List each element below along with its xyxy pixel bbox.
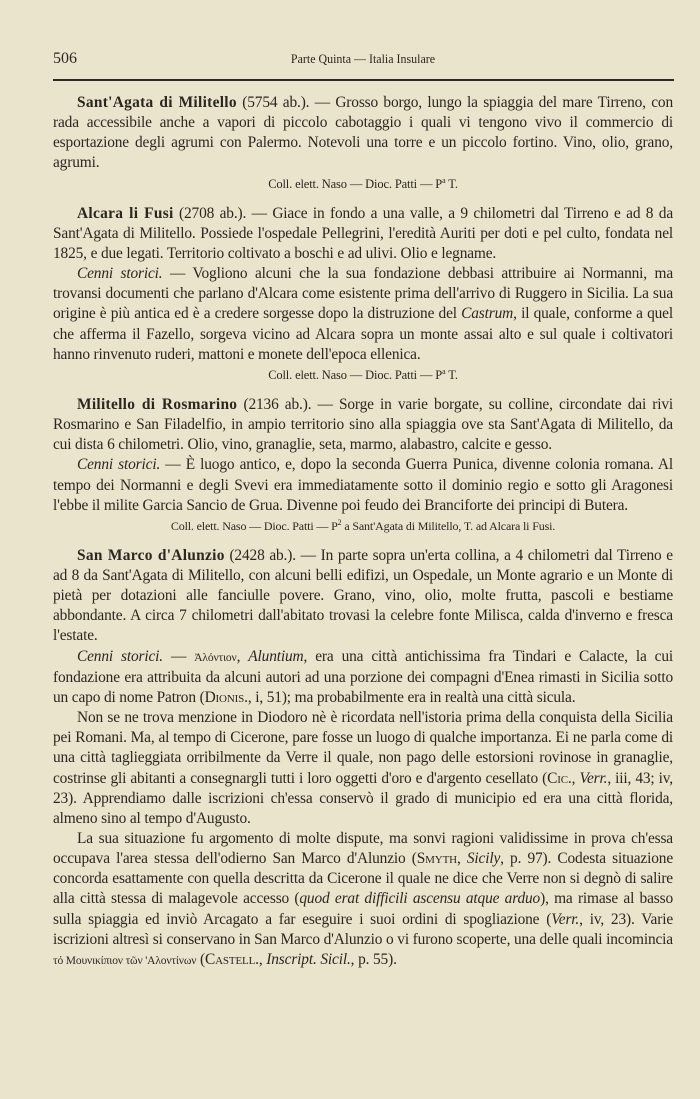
coll-text: a Sant'Agata di Militello, T. ad Alcara … [341, 519, 555, 533]
cenni-text: , i, 51); ma probabilmente era in realtà… [248, 689, 576, 706]
cenni-italic: Castrum [461, 305, 513, 322]
running-title: Parte Quinta — Italia Insulare [78, 51, 648, 67]
header-rule [53, 79, 674, 81]
body-text: Sant'Agata di Militello (5754 ab.). — Gr… [53, 93, 673, 971]
place-name: San Marco d'Alunzio [77, 547, 225, 564]
entry-paragraph: Sant'Agata di Militello (5754 ab.). — Gr… [53, 93, 673, 174]
location-paragraph: La sua situazione fu argomento di molte … [53, 829, 673, 971]
location-text: , p. 55). [351, 951, 397, 968]
entry-paragraph: Alcara li Fusi (2708 ab.). — Giace in fo… [53, 204, 673, 264]
cenni-italic: Aluntium [248, 648, 303, 665]
entry-paragraph: San Marco d'Alunzio (2428 ab.). — In par… [53, 546, 673, 647]
citation-work: Sicily [467, 850, 500, 867]
citation-author: Smyth [417, 850, 457, 867]
entry-paragraph: Militello di Rosmarino (2136 ab.). — Sor… [53, 395, 673, 455]
latin-quote: quod erat difficili ascensu atque arduo [299, 890, 540, 907]
separator: , [457, 850, 467, 867]
greek-text: τό Μουνικίπιον τῶν 'Αλοντίνων [53, 955, 196, 967]
cenni-storici-paragraph: Cenni storici. — Ἀλόντιον, Aluntium, era… [53, 647, 673, 708]
collegio-line: Coll. elett. Naso — Dioc. Patti — P2 a S… [53, 517, 673, 535]
entry-militello-di-rosmarino: Militello di Rosmarino (2136 ab.). — Sor… [53, 395, 673, 535]
cenni-label: Cenni storici. [77, 456, 160, 473]
cenni-text: — [163, 648, 194, 665]
cenni-storici-paragraph: Cenni storici. — È luogo antico, e, dopo… [53, 455, 673, 515]
collegio-line: Coll. elett. Naso — Dioc. Patti — Pa T. [53, 366, 673, 384]
population: (2708 ab.). [179, 205, 246, 222]
history-paragraph: Non se ne trova menzione in Diodoro nè è… [53, 708, 673, 829]
citation-work: Verr. [579, 770, 607, 787]
collegio-line: Coll. elett. Naso — Dioc. Patti — Pa T. [53, 175, 673, 193]
coll-text: Coll. elett. Naso — Dioc. Patti — P [268, 368, 442, 382]
citation-work: Inscript. Sicil. [266, 951, 350, 968]
entry-alcara-li-fusi: Alcara li Fusi (2708 ab.). — Giace in fo… [53, 204, 673, 384]
greek-text: Ἀλόντιον [194, 652, 236, 664]
coll-text: T. [446, 368, 458, 382]
citation-work: Verr. [551, 911, 579, 928]
coll-text: Coll. elett. Naso — Dioc. Patti — P [171, 519, 338, 533]
citation-author: Cic. [547, 770, 572, 787]
population: (2136 ab.). [243, 396, 311, 413]
place-name: Militello di Rosmarino [77, 396, 237, 413]
running-head: 506 Parte Quinta — Italia Insulare [53, 50, 673, 70]
entry-san-marco-d-alunzio: San Marco d'Alunzio (2428 ab.). — In par… [53, 546, 673, 971]
population: (2428 ab.). [229, 547, 295, 564]
coll-text: Coll. elett. Naso — Dioc. Patti — P [268, 177, 442, 191]
population: (5754 ab.). [242, 94, 309, 111]
cenni-label: Cenni storici. [77, 648, 163, 665]
place-name: Alcara li Fusi [77, 205, 174, 222]
entry-sant-agata: Sant'Agata di Militello (5754 ab.). — Gr… [53, 93, 673, 193]
cenni-storici-paragraph: Cenni storici. — Vogliono alcuni che la … [53, 264, 673, 365]
citation-author: Castell. [205, 951, 259, 968]
page-number: 506 [53, 50, 77, 68]
coll-text: T. [446, 177, 458, 191]
cenni-label: Cenni storici. [77, 265, 163, 282]
location-text: ( [196, 951, 205, 968]
book-page: 506 Parte Quinta — Italia Insulare Sant'… [0, 0, 700, 1099]
citation-author: Dionis. [205, 689, 248, 706]
place-name: Sant'Agata di Militello [77, 94, 237, 111]
